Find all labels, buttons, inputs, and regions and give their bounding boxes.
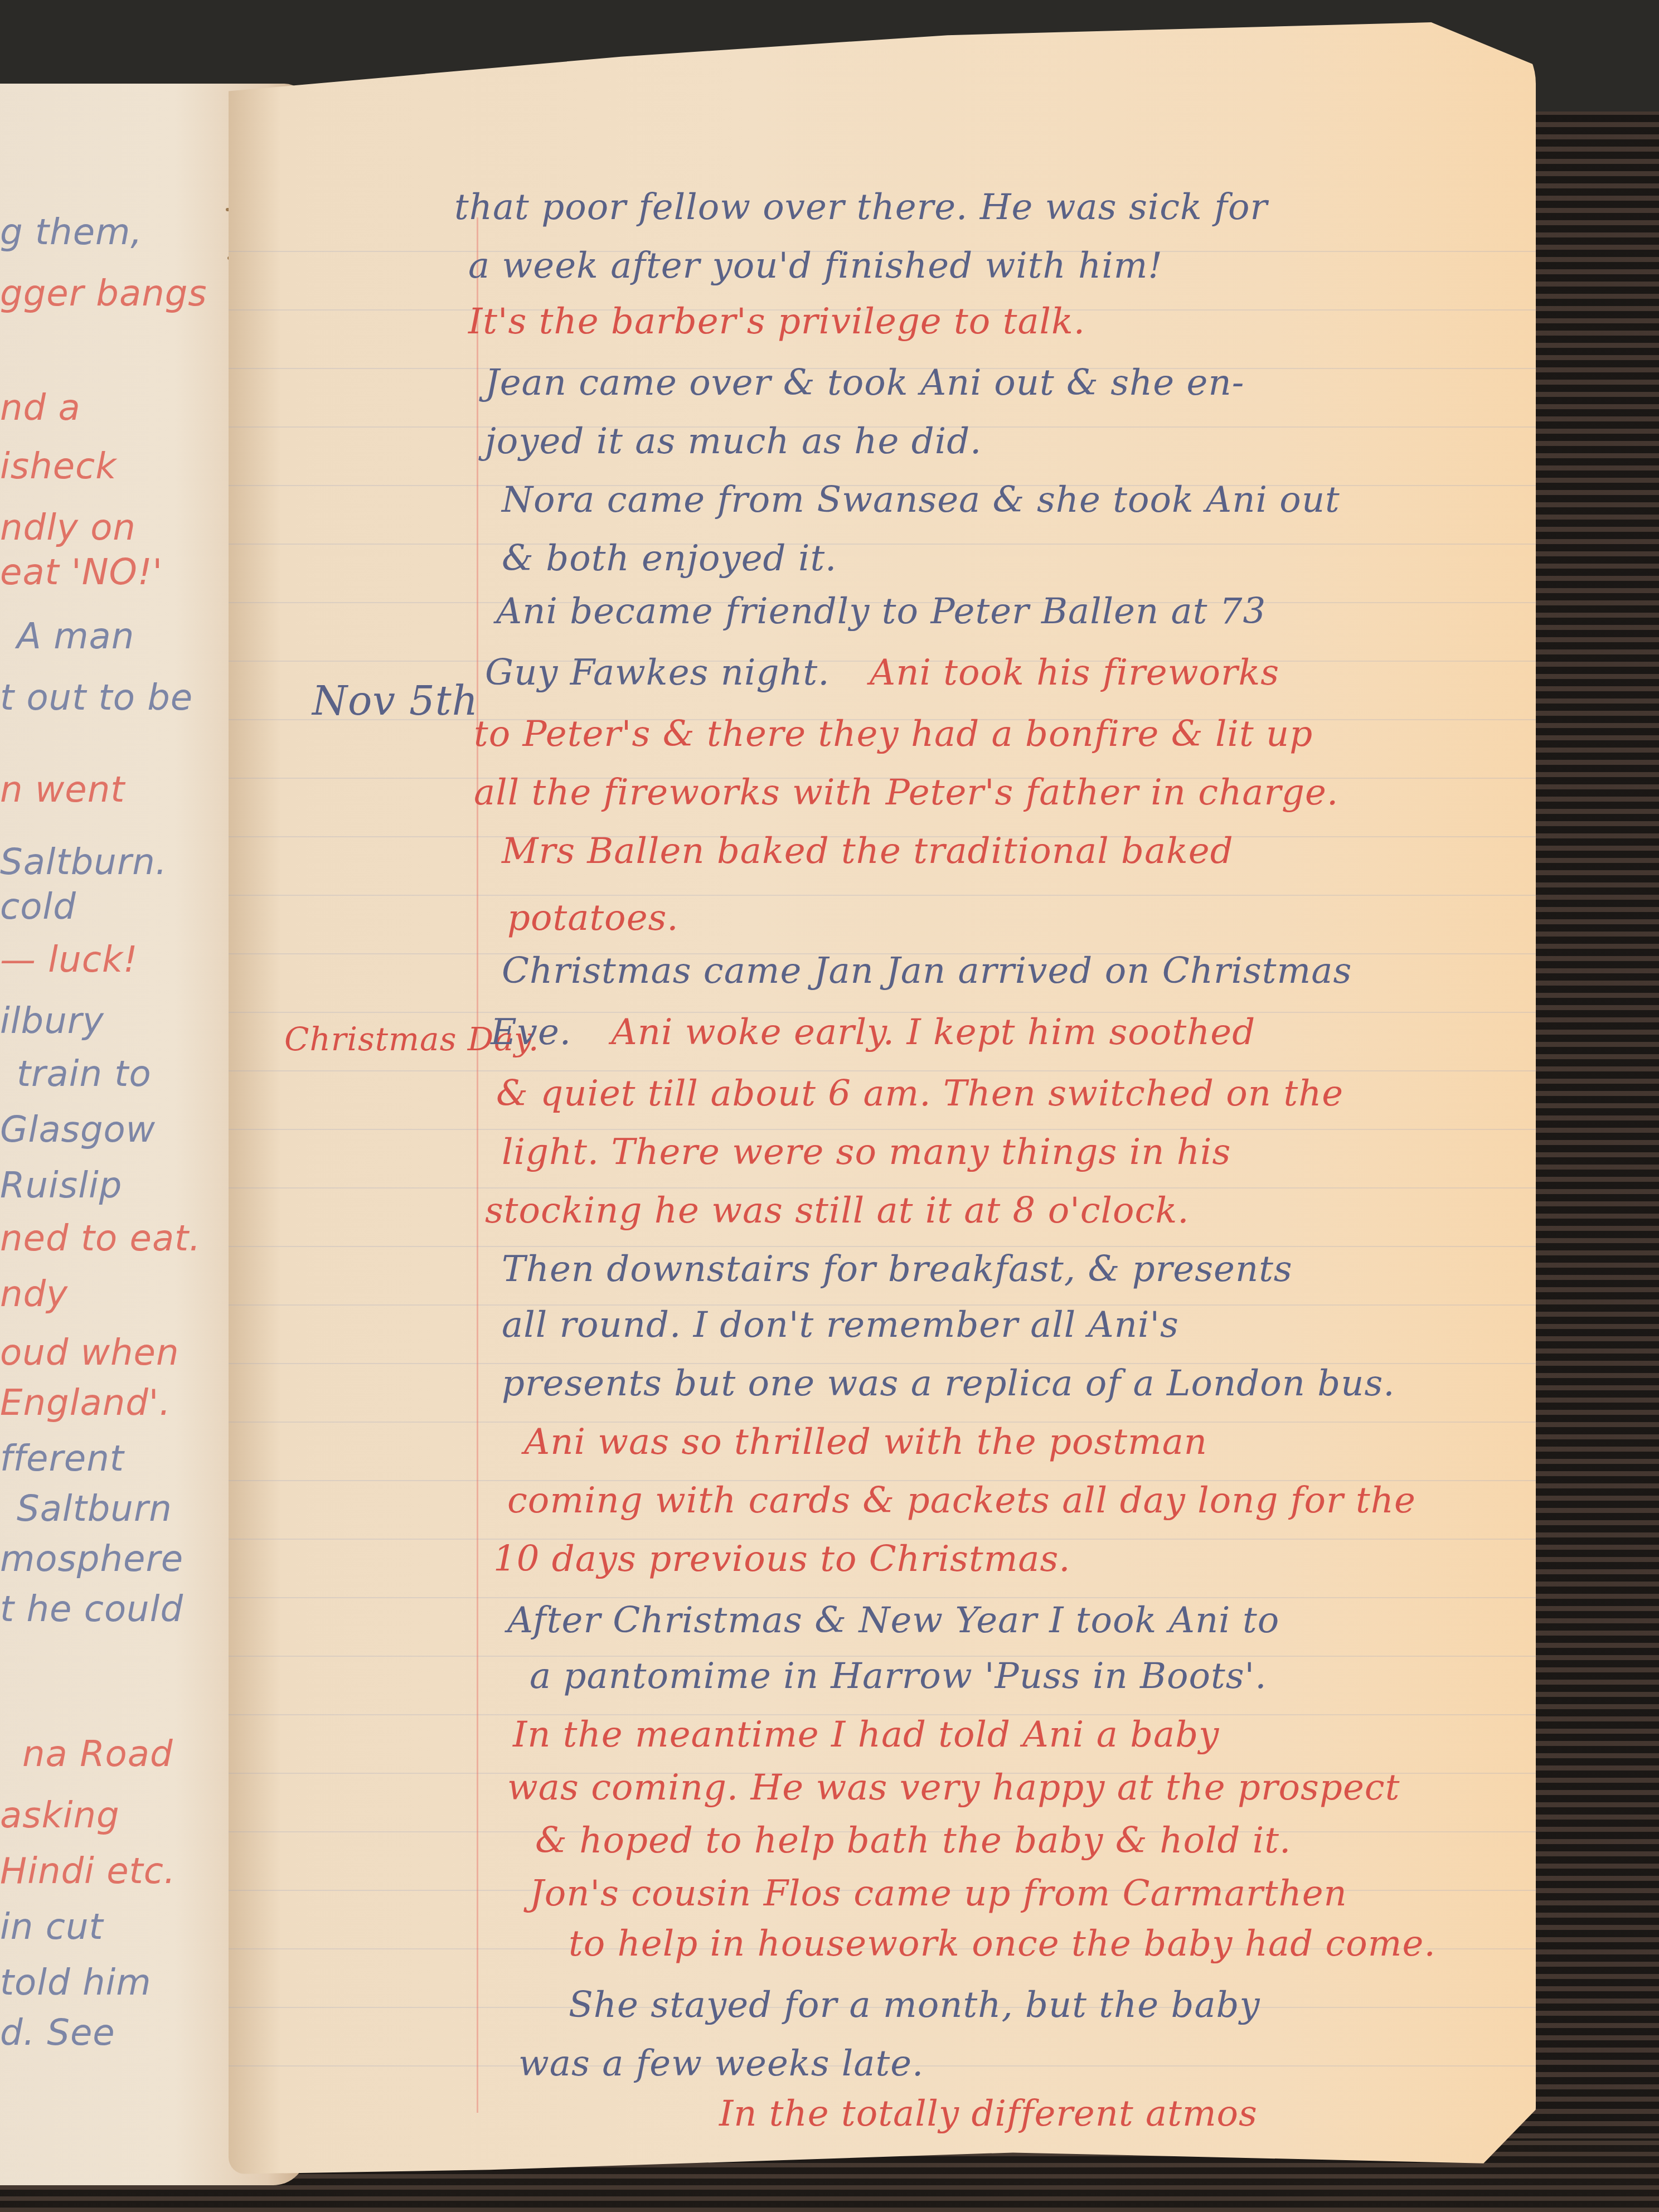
journal-line: In the totally different atmos bbox=[719, 2093, 1258, 2135]
journal-line: to Peter's & there they had a bonfire & … bbox=[474, 714, 1313, 755]
journal-line: Eve. Ani woke early. I kept him soothed bbox=[491, 1012, 1255, 1053]
journal-line: Jean came over & took Ani out & she en- bbox=[485, 362, 1244, 404]
left-page-line: Hindi etc. bbox=[0, 1851, 176, 1892]
left-page-line: nd a bbox=[0, 387, 81, 429]
left-page-line: ndy bbox=[0, 1274, 68, 1315]
left-page-line: n went bbox=[0, 769, 125, 811]
journal-line: In the meantime I had told Ani a baby bbox=[513, 1714, 1219, 1755]
left-page-line: ndly on bbox=[0, 507, 136, 549]
journal-line: Ani was so thrilled with the postman bbox=[524, 1422, 1207, 1463]
journal-line: Then downstairs for breakfast, & present… bbox=[502, 1249, 1293, 1290]
journal-line: 10 days previous to Christmas. bbox=[493, 1539, 1071, 1580]
journal-line: Nora came from Swansea & she took Ani ou… bbox=[502, 479, 1340, 521]
journal-line-continuation: Ani woke early. I kept him soothed bbox=[611, 1012, 1255, 1053]
journal-line-text: Eve. bbox=[491, 1012, 571, 1053]
right-page: Nov 5th Christmas Day. that poor fellow … bbox=[229, 22, 1536, 2174]
left-page-line: A man bbox=[17, 616, 134, 657]
left-page-line: asking bbox=[0, 1795, 120, 1836]
left-page-line: ilbury bbox=[0, 1001, 104, 1042]
left-page-line: told him bbox=[0, 1962, 152, 2004]
left-page-line: Saltburn. bbox=[0, 842, 167, 883]
left-page-line: — luck! bbox=[0, 939, 138, 981]
journal-line: all round. I don't remember all Ani's bbox=[502, 1304, 1179, 1346]
journal-line: It's the barber's privilege to talk. bbox=[468, 301, 1085, 342]
left-page-line: mosphere bbox=[0, 1539, 183, 1580]
journal-line: Christmas came Jan Jan arrived on Christ… bbox=[502, 950, 1352, 992]
left-page-line: train to bbox=[17, 1054, 152, 1095]
left-page-line: g them, bbox=[0, 212, 143, 253]
left-page-line: t out to be bbox=[0, 677, 193, 719]
journal-line-continuation: Ani took his fireworks bbox=[870, 652, 1279, 693]
left-page-line: eat 'NO!' bbox=[0, 552, 163, 593]
left-page-line: Saltburn bbox=[17, 1488, 172, 1530]
left-page-line: oud when bbox=[0, 1332, 180, 1374]
journal-line: & both enjoyed it. bbox=[502, 538, 837, 579]
left-page-line: d. See bbox=[0, 2012, 115, 2054]
left-page-line: in cut bbox=[0, 1907, 104, 1948]
journal-line: that poor fellow over there. He was sick… bbox=[454, 187, 1268, 228]
journal-line-text: Guy Fawkes night. bbox=[485, 652, 830, 693]
journal-line: Jon's cousin Flos came up from Carmarthe… bbox=[530, 1873, 1347, 1914]
journal-line: was coming. He was very happy at the pro… bbox=[507, 1767, 1400, 1808]
left-page-line: t he could bbox=[0, 1589, 183, 1630]
journal-line: Mrs Ballen baked the traditional baked bbox=[502, 831, 1234, 872]
journal-line: presents but one was a replica of a Lond… bbox=[502, 1363, 1395, 1404]
journal-line: & quiet till about 6 am. Then switched o… bbox=[496, 1073, 1343, 1114]
journal-line: potatoes. bbox=[507, 898, 679, 939]
left-page-line: gger bangs bbox=[0, 273, 207, 314]
left-page-line: cold bbox=[0, 886, 76, 928]
journal-line: She stayed for a month, but the baby bbox=[569, 1985, 1260, 2026]
journal-line: stocking he was still at it at 8 o'clock… bbox=[485, 1190, 1190, 1231]
journal-line: Ani became friendly to Peter Ballen at 7… bbox=[496, 591, 1266, 632]
journal-line: joyed it as much as he did. bbox=[485, 421, 982, 462]
left-page-line: Ruislip bbox=[0, 1165, 122, 1206]
journal-line: all the fireworks with Peter's father in… bbox=[474, 772, 1338, 813]
left-page-line: fferent bbox=[0, 1438, 124, 1479]
journal-line: a week after you'd finished with him! bbox=[468, 245, 1163, 287]
left-page-line: England'. bbox=[0, 1382, 171, 1424]
margin-rule bbox=[477, 217, 478, 2113]
journal-line: coming with cards & packets all day long… bbox=[507, 1480, 1416, 1521]
journal-line: & hoped to help bath the baby & hold it. bbox=[535, 1820, 1291, 1861]
journal-line: a pantomime in Harrow 'Puss in Boots'. bbox=[530, 1656, 1267, 1697]
left-page-line: Glasgow bbox=[0, 1109, 156, 1151]
margin-note-nov-5th: Nov 5th bbox=[312, 677, 478, 724]
journal-line: After Christmas & New Year I took Ani to bbox=[507, 1600, 1279, 1641]
left-page-line: na Road bbox=[22, 1734, 173, 1775]
journal-line: light. There were so many things in his bbox=[502, 1132, 1231, 1173]
journal-line: was a few weeks late. bbox=[518, 2043, 924, 2084]
left-page-line: isheck bbox=[0, 446, 117, 487]
journal-line: to help in housework once the baby had c… bbox=[569, 1923, 1436, 1964]
journal-line: Guy Fawkes night. Ani took his fireworks bbox=[485, 652, 1279, 693]
left-page-line: ned to eat. bbox=[0, 1218, 201, 1259]
